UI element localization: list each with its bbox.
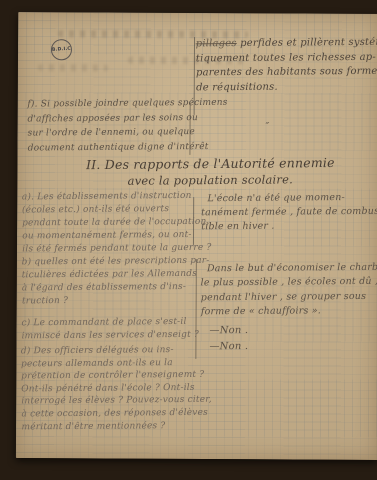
- continuation-paragraph: pillages perfides et pillèrent systéma- …: [196, 36, 377, 96]
- question-f: f). Si possible joindre quelques spécime…: [27, 96, 228, 156]
- bdic-library-stamp: B.D.I.C: [50, 39, 72, 61]
- question-d: d) Des officiers délégués ou ins- pecteu…: [21, 344, 212, 434]
- question-b: b) quelles ont été les prescriptions par…: [22, 255, 210, 309]
- scanned-document-photo: B.D.I.C pillages perfides et pillèrent s…: [0, 0, 377, 480]
- section-heading-line2: avec la population scolaire.: [75, 172, 345, 188]
- manuscript-page: B.D.I.C pillages perfides et pillèrent s…: [16, 12, 377, 460]
- bleed-through-ghost-text: [38, 64, 108, 71]
- ditto-mark: ″: [266, 121, 270, 132]
- question-a: a). Les établissements d'instruction (éc…: [22, 190, 212, 257]
- answer-non-2: —Non .: [209, 341, 248, 352]
- question-c: c) Le commandant de place s'est-il immis…: [21, 316, 199, 344]
- answer-closure: L'école n'a été que momen- tanément ferm…: [201, 191, 377, 235]
- answer-chauffoirs: Dans le but d'économiser le charbon le p…: [200, 261, 377, 320]
- answer-non-1: —Non .: [209, 325, 248, 336]
- section-heading-line1: II. Des rapports de l'Autorité ennemie: [75, 155, 345, 172]
- stamp-label: B.D.I.C: [52, 47, 71, 53]
- struck-word: pillages: [196, 38, 237, 49]
